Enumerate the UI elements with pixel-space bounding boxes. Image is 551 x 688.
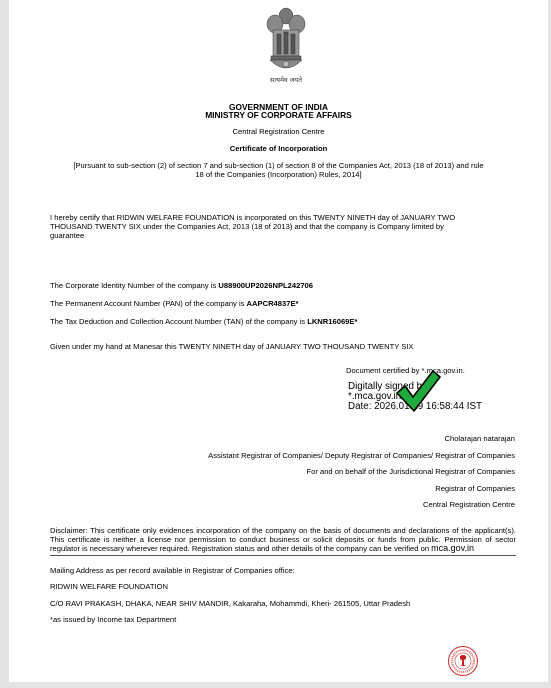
footnote-pan-tan: *as issued by Income tax Department	[50, 615, 176, 624]
tan-label: The Tax Deduction and Collection Account…	[50, 317, 307, 326]
tan-value: LKNR16069E*	[307, 317, 357, 326]
tan-row: The Tax Deduction and Collection Account…	[50, 317, 357, 326]
pan-label: The Permanent Account Number (PAN) of th…	[50, 299, 247, 308]
signatory-centre: Central Registration Centre	[423, 500, 515, 509]
disclaimer: Disclaimer: This certificate only eviden…	[50, 527, 516, 556]
cin-row: The Corporate Identity Number of the com…	[50, 281, 313, 290]
certify-line-2: THOUSAND TWENTY SIX under the Companies …	[50, 222, 444, 231]
pursuant-line-1: [Pursuant to sub-section (2) of section …	[9, 161, 548, 170]
signatory-office: Registrar of Companies	[435, 484, 515, 493]
signatory-designation: Assistant Registrar of Companies/ Deputy…	[208, 451, 515, 460]
registration-centre: Central Registration Centre	[9, 127, 548, 136]
ministry-heading: MINISTRY OF CORPORATE AFFAIRS	[9, 111, 548, 120]
mailing-company: RIDWIN WELFARE FOUNDATION	[50, 582, 168, 591]
certificate-title: Certificate of Incorporation	[9, 144, 548, 153]
certify-line-1: I hereby certify that RIDWIN WELFARE FOU…	[50, 213, 455, 222]
pan-row: The Permanent Account Number (PAN) of th…	[50, 299, 298, 308]
pan-value: AAPCR4837E*	[247, 299, 299, 308]
certify-line-3: guarantee	[50, 231, 84, 240]
certificate-page: सत्यमेव जयते GOVERNMENT OF INDIA MINISTR…	[9, 0, 548, 682]
cin-value: U88900UP2026NPL242706	[218, 281, 313, 290]
emblem-motto: सत्यमेव जयते	[270, 76, 302, 84]
mailing-address: C/O RAVI PRAKASH, DHAKA, NEAR SHIV MANDI…	[50, 599, 410, 608]
mca-link[interactable]: mca.gov.in	[431, 543, 474, 553]
signature-valid-check-icon[interactable]	[393, 367, 441, 413]
signatory-name: Cholarajan natarajan	[444, 434, 515, 443]
cin-label: The Corporate Identity Number of the com…	[50, 281, 218, 290]
signatory-on-behalf: For and on behalf of the Jurisdictional …	[306, 467, 515, 476]
given-under-hand: Given under my hand at Manesar this TWEN…	[50, 342, 413, 351]
pursuant-line-2: 18 of the Companies (Incorporation) Rule…	[9, 170, 548, 179]
mailing-label: Mailing Address as per record available …	[50, 566, 295, 575]
mca-seal-icon	[447, 645, 479, 677]
national-emblem-icon: सत्यमेव जयते	[261, 2, 311, 86]
